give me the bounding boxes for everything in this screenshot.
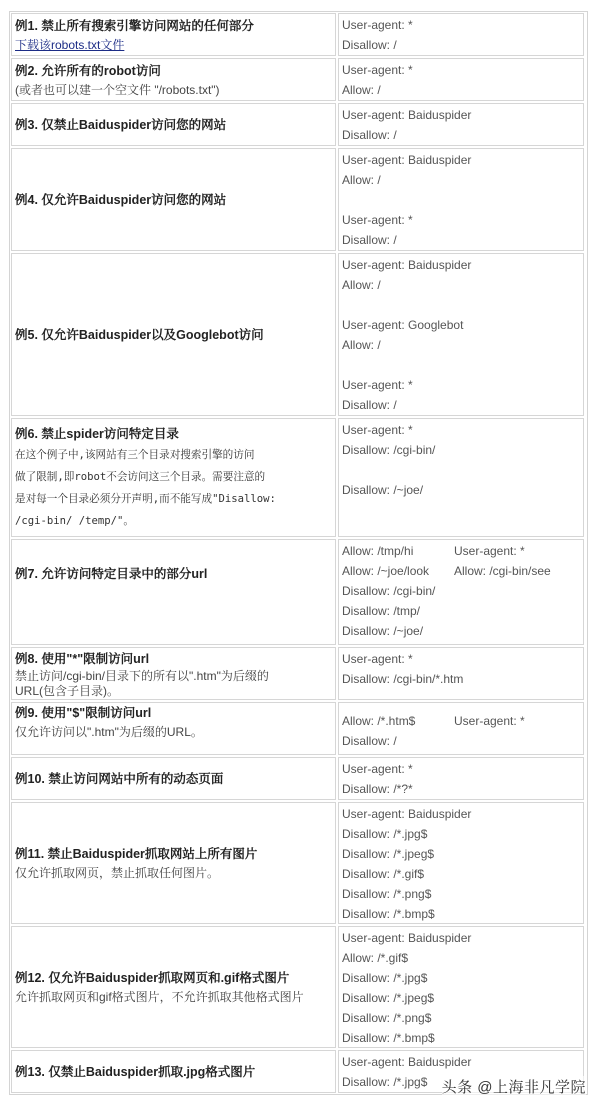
rule-line: Disallow: /*.gif$	[342, 864, 580, 884]
table-row-example-10: 例10. 禁止访问网站中所有的动态页面 User-agent: * Disall…	[11, 757, 586, 800]
robots-rules-cell: User-agent: * Disallow: /*?*	[338, 757, 584, 800]
rule-line: User-agent: Baiduspider	[342, 1052, 580, 1072]
example-note: (或者也可以建一个空文件 "/robots.txt")	[15, 81, 331, 99]
rule-line: Disallow: /	[342, 35, 580, 55]
example-title: 例3. 仅禁止Baiduspider访问您的网站	[15, 115, 331, 135]
example-note: 是对每一个目录必须分开声明,而不能写成"Disallow:	[15, 488, 331, 510]
rule-line: User-agent: *	[342, 15, 580, 35]
rule-line: Disallow: /*.jpeg$	[342, 988, 580, 1008]
rule-line: User-agent: *	[454, 541, 551, 561]
rule-line: User-agent: *	[342, 375, 580, 395]
rule-line: User-agent: *	[454, 711, 525, 731]
rule-line: Disallow: /~joe/	[342, 480, 580, 500]
table-row-example-1: 例1. 禁止所有搜索引擎访问网站的任何部分 下载该robots.txt文件 Us…	[11, 13, 586, 56]
robots-rules-cell: User-agent: Baiduspider Allow: / User-ag…	[338, 253, 584, 416]
table-row-example-3: 例3. 仅禁止Baiduspider访问您的网站 User-agent: Bai…	[11, 103, 586, 146]
robots-rules-cell: User-agent: * Disallow: /	[338, 13, 584, 56]
rule-line: User-agent: Baiduspider	[342, 928, 580, 948]
table-row-example-6: 例6. 禁止spider访问特定目录 在这个例子中,该网站有三个目录对搜索引擎的…	[11, 418, 586, 537]
rule-line: User-agent: Googlebot	[342, 315, 580, 335]
example-note: 做了限制,即robot不会访问这三个目录。需要注意的	[15, 466, 331, 488]
rule-line-blank	[342, 295, 580, 315]
rule-line: Disallow: /*.jpg$	[342, 824, 580, 844]
rule-line: Allow: /	[342, 335, 580, 355]
rule-line: Allow: /	[342, 275, 580, 295]
example-title: 例5. 仅允许Baiduspider以及Googlebot访问	[15, 325, 331, 345]
robots-examples-table: 例1. 禁止所有搜索引擎访问网站的任何部分 下载该robots.txt文件 Us…	[9, 11, 588, 1095]
robots-rules-cell: Allow: /tmp/hi Allow: /~joe/look Disallo…	[338, 539, 584, 645]
rule-line: Disallow: /	[342, 125, 580, 145]
rule-line: Disallow: /cgi-bin/*.htm	[342, 669, 580, 689]
rule-line: Allow: /cgi-bin/see	[454, 561, 551, 581]
rule-line: User-agent: Baiduspider	[342, 150, 580, 170]
rule-line: User-agent: *	[342, 649, 580, 669]
example-note: 仅允许抓取网页，禁止抓取任何图片。	[15, 864, 331, 882]
example-title: 例7. 允许访问特定目录中的部分url	[15, 564, 331, 584]
example-title: 例12. 仅允许Baiduspider抓取网页和.gif格式图片	[15, 968, 331, 988]
table-row-example-4: 例4. 仅允许Baiduspider访问您的网站 User-agent: Bai…	[11, 148, 586, 251]
rule-line: Disallow: /*.jpeg$	[342, 844, 580, 864]
example-description-cell: 例10. 禁止访问网站中所有的动态页面	[11, 757, 336, 800]
example-description-cell: 例12. 仅允许Baiduspider抓取网页和.gif格式图片 允许抓取网页和…	[11, 926, 336, 1048]
table-row-example-2: 例2. 允许所有的robot访问 (或者也可以建一个空文件 "/robots.t…	[11, 58, 586, 101]
example-title: 例8. 使用"*"限制访问url	[15, 649, 331, 669]
rules-column-b: User-agent: * Allow: /cgi-bin/see	[454, 541, 551, 643]
example-title: 例1. 禁止所有搜索引擎访问网站的任何部分	[15, 16, 331, 36]
example-note: /cgi-bin/ /temp/"。	[15, 510, 331, 532]
rule-line: User-agent: Baiduspider	[342, 255, 580, 275]
robots-rules-cell: User-agent: Baiduspider Disallow: /	[338, 103, 584, 146]
example-note: 允许抓取网页和gif格式图片，不允许抓取其他格式图片	[15, 988, 331, 1006]
table-row-example-8: 例8. 使用"*"限制访问url 禁止访问/cgi-bin/目录下的所有以".h…	[11, 647, 586, 700]
rule-line: Allow: /*.gif$	[342, 948, 580, 968]
rule-line: User-agent: Baiduspider	[342, 105, 580, 125]
robots-rules-cell: User-agent: * Disallow: /cgi-bin/ Disall…	[338, 418, 584, 537]
example-description-cell: 例1. 禁止所有搜索引擎访问网站的任何部分 下载该robots.txt文件	[11, 13, 336, 56]
table-row-example-5: 例5. 仅允许Baiduspider以及Googlebot访问 User-age…	[11, 253, 586, 416]
rule-line: Disallow: /*.bmp$	[342, 904, 580, 924]
rule-line: User-agent: *	[342, 420, 580, 440]
robots-rules-cell: User-agent: * Disallow: /cgi-bin/*.htm	[338, 647, 584, 700]
example-title: 例13. 仅禁止Baiduspider抓取.jpg格式图片	[15, 1062, 331, 1082]
rule-line: Allow: /~joe/look	[342, 561, 454, 581]
rule-line: Disallow: /cgi-bin/	[342, 440, 580, 460]
rule-line: Disallow: /	[342, 731, 454, 751]
example-description-cell: 例11. 禁止Baiduspider抓取网站上所有图片 仅允许抓取网页，禁止抓取…	[11, 802, 336, 924]
download-robots-link[interactable]: 下载该robots.txt文件	[15, 36, 331, 54]
rule-line: Disallow: /*.png$	[342, 1008, 580, 1028]
rule-line-blank	[342, 190, 580, 210]
example-description-cell: 例8. 使用"*"限制访问url 禁止访问/cgi-bin/目录下的所有以".h…	[11, 647, 336, 700]
table-row-example-11: 例11. 禁止Baiduspider抓取网站上所有图片 仅允许抓取网页，禁止抓取…	[11, 802, 586, 924]
rule-line: Disallow: /	[342, 230, 580, 250]
rule-line: Disallow: /*.png$	[342, 884, 580, 904]
rule-line: Allow: /tmp/hi	[342, 541, 454, 561]
rule-line: Allow: /*.htm$	[342, 711, 454, 731]
example-description-cell: 例3. 仅禁止Baiduspider访问您的网站	[11, 103, 336, 146]
rule-line: User-agent: *	[342, 60, 580, 80]
source-watermark: 头条 @上海非凡学院	[442, 1076, 586, 1097]
rule-line: Allow: /	[342, 80, 580, 100]
example-title: 例2. 允许所有的robot访问	[15, 61, 331, 81]
robots-rules-cell: User-agent: Baiduspider Allow: / User-ag…	[338, 148, 584, 251]
robots-rules-cell: User-agent: * Allow: /	[338, 58, 584, 101]
rules-column-a: Allow: /tmp/hi Allow: /~joe/look Disallo…	[342, 541, 454, 643]
robots-rules-cell: User-agent: Baiduspider Disallow: /*.jpg…	[338, 802, 584, 924]
robots-rules-cell: Allow: /*.htm$ Disallow: / User-agent: *	[338, 702, 584, 755]
example-description-cell: 例5. 仅允许Baiduspider以及Googlebot访问	[11, 253, 336, 416]
example-title: 例6. 禁止spider访问特定目录	[15, 424, 331, 444]
rule-line-blank	[342, 355, 580, 375]
example-note: URL(包含子目录)。	[15, 684, 331, 699]
rule-line: Disallow: /cgi-bin/	[342, 581, 454, 601]
example-description-cell: 例7. 允许访问特定目录中的部分url	[11, 539, 336, 645]
rule-line: Disallow: /*.bmp$	[342, 1028, 580, 1048]
rule-line: Disallow: /~joe/	[342, 621, 454, 641]
example-note: 仅允许访问以".htm"为后缀的URL。	[15, 723, 331, 741]
example-description-cell: 例9. 使用"$"限制访问url 仅允许访问以".htm"为后缀的URL。	[11, 702, 336, 755]
table-row-example-12: 例12. 仅允许Baiduspider抓取网页和.gif格式图片 允许抓取网页和…	[11, 926, 586, 1048]
table-row-example-7: 例7. 允许访问特定目录中的部分url Allow: /tmp/hi Allow…	[11, 539, 586, 645]
example-description-cell: 例2. 允许所有的robot访问 (或者也可以建一个空文件 "/robots.t…	[11, 58, 336, 101]
rule-line: User-agent: *	[342, 759, 580, 779]
example-title: 例9. 使用"$"限制访问url	[15, 703, 331, 723]
rule-line: Disallow: /	[342, 395, 580, 415]
rule-line: User-agent: Baiduspider	[342, 804, 580, 824]
example-title: 例11. 禁止Baiduspider抓取网站上所有图片	[15, 844, 331, 864]
example-description-cell: 例13. 仅禁止Baiduspider抓取.jpg格式图片	[11, 1050, 336, 1093]
rule-line: User-agent: *	[342, 210, 580, 230]
rules-column-a: Allow: /*.htm$ Disallow: /	[342, 711, 454, 753]
example-note: 在这个例子中,该网站有三个目录对搜索引擎的访问	[15, 444, 331, 466]
example-title: 例10. 禁止访问网站中所有的动态页面	[15, 769, 331, 789]
table-row-example-9: 例9. 使用"$"限制访问url 仅允许访问以".htm"为后缀的URL。 Al…	[11, 702, 586, 755]
example-description-cell: 例6. 禁止spider访问特定目录 在这个例子中,该网站有三个目录对搜索引擎的…	[11, 418, 336, 537]
example-note: 禁止访问/cgi-bin/目录下的所有以".htm"为后缀的	[15, 669, 331, 684]
rule-line: Disallow: /tmp/	[342, 601, 454, 621]
example-description-cell: 例4. 仅允许Baiduspider访问您的网站	[11, 148, 336, 251]
robots-rules-cell: User-agent: Baiduspider Allow: /*.gif$ D…	[338, 926, 584, 1048]
rules-column-b: User-agent: *	[454, 711, 525, 753]
rule-line-blank	[342, 460, 580, 480]
example-title: 例4. 仅允许Baiduspider访问您的网站	[15, 190, 331, 210]
rule-line: Allow: /	[342, 170, 580, 190]
rule-line: Disallow: /*.jpg$	[342, 968, 580, 988]
rule-line: Disallow: /*?*	[342, 779, 580, 799]
